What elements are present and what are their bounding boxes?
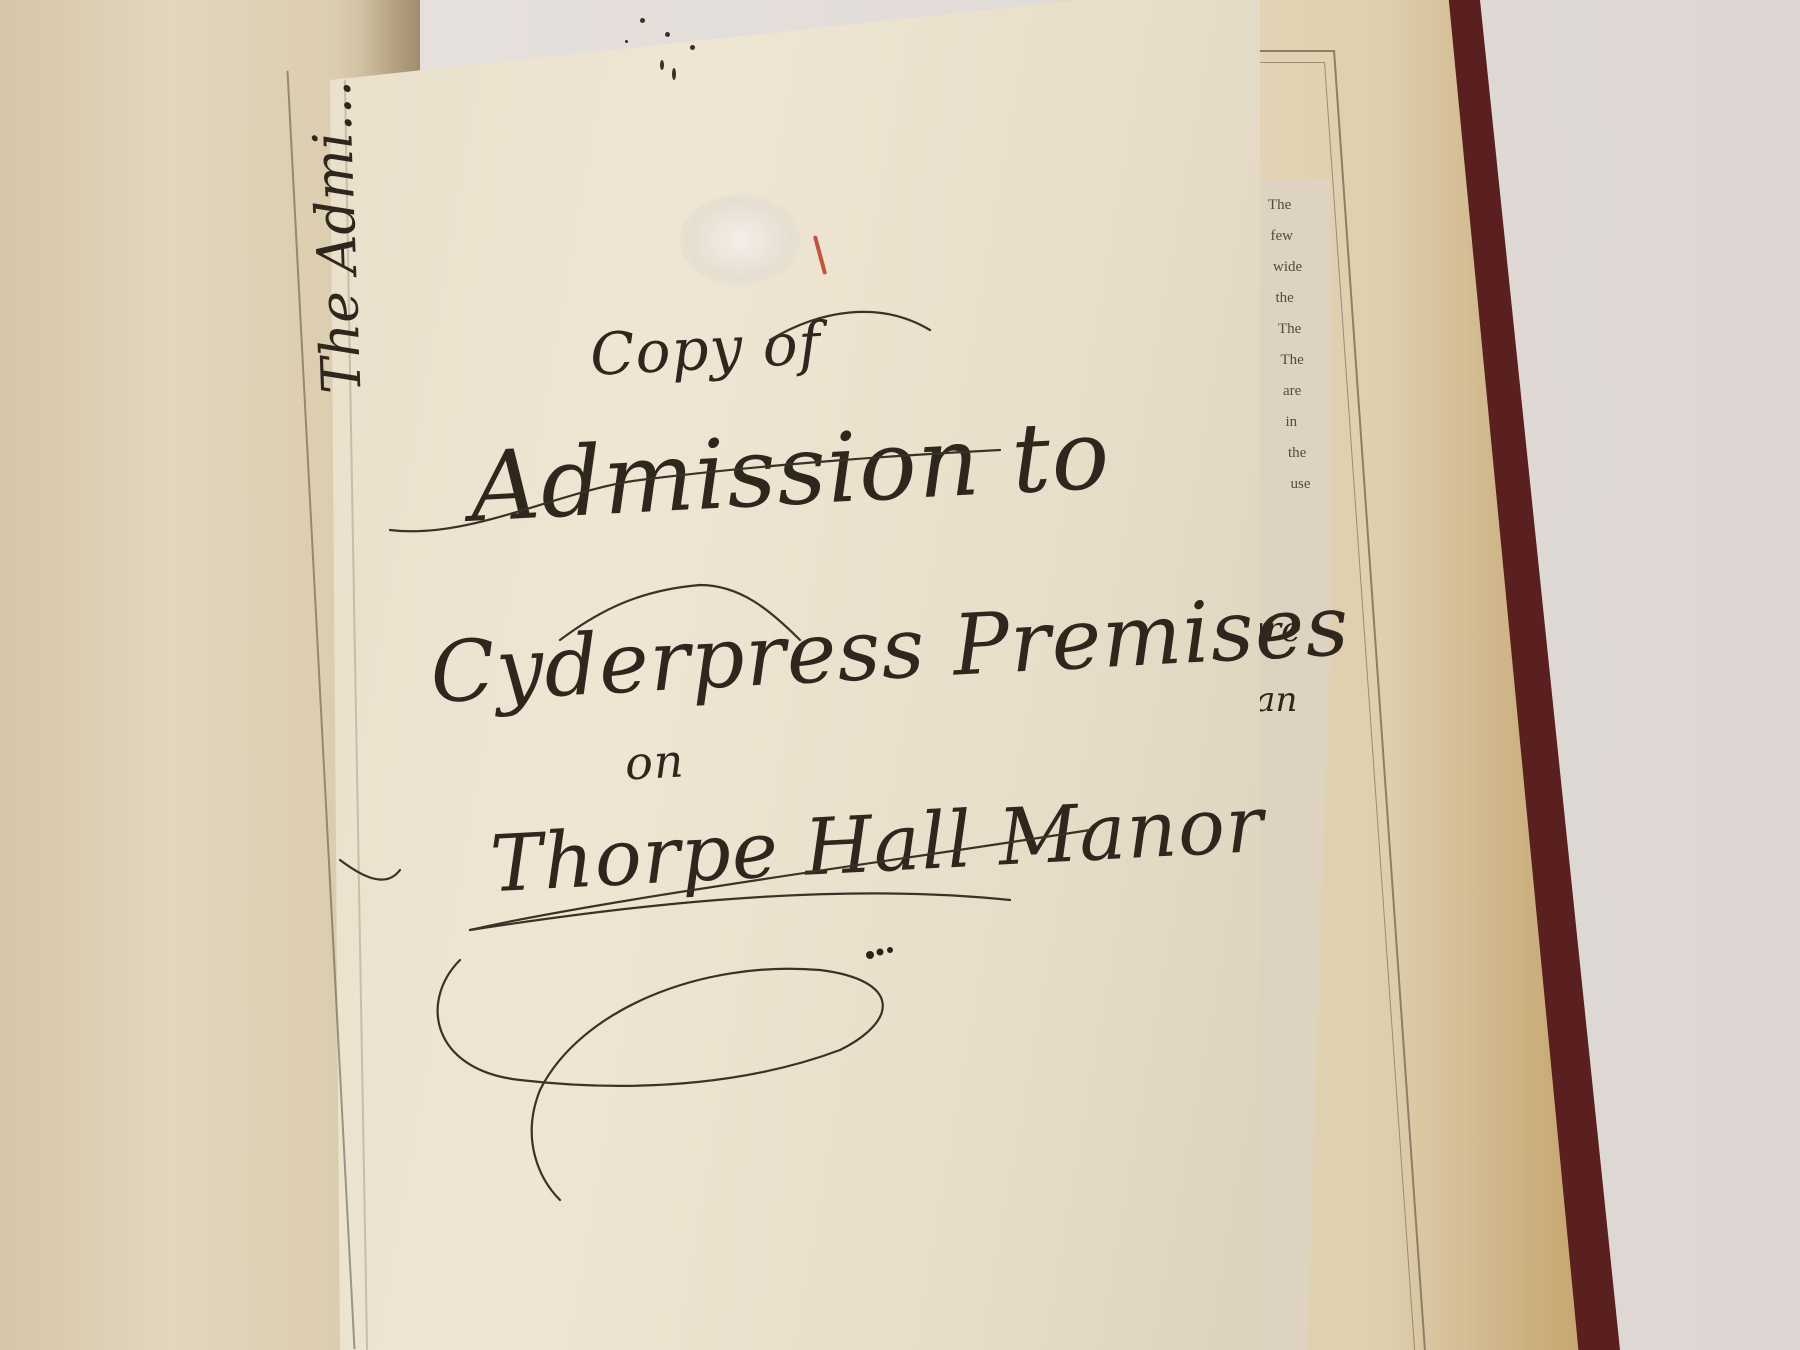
book-photo: ...and Esq. house and seek The few wide …: [0, 0, 1800, 1350]
calligraphic-flourishes: [0, 0, 1800, 1350]
